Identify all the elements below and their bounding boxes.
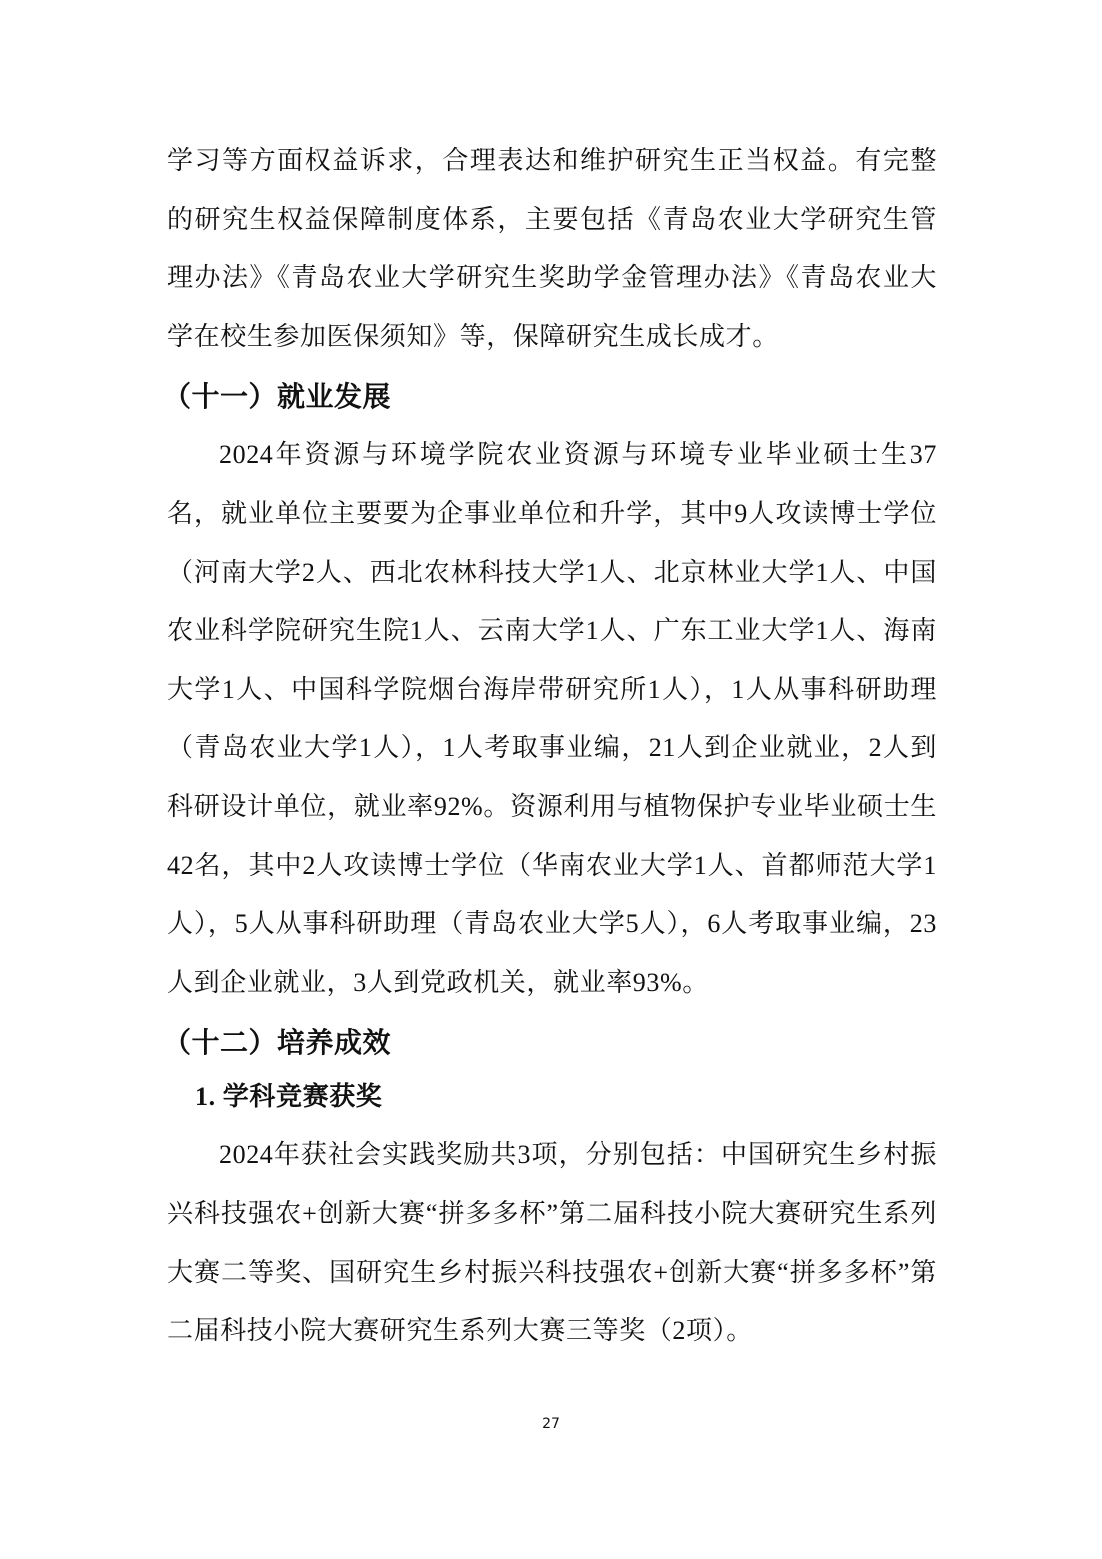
section-heading-training-outcomes: （十二）培养成效 [163,1014,937,1072]
document-page: 学习等方面权益诉求，合理表达和维护研究生正当权益。有完整的研究生权益保障制度体系… [167,132,937,1361]
page-number: 27 [0,1416,1102,1432]
awards-paragraph: 2024年获社会实践奖励共3项，分别包括：中国研究生乡村振兴科技强农+创新大赛“… [167,1126,937,1360]
subheading-competition-awards: 1. 学科竞赛获奖 [167,1072,937,1122]
rights-protection-paragraph: 学习等方面权益诉求，合理表达和维护研究生正当权益。有完整的研究生权益保障制度体系… [167,132,937,366]
employment-paragraph: 2024年资源与环境学院农业资源与环境专业毕业硕士生37名，就业单位主要要为企事… [167,426,937,1012]
section-heading-employment: （十一）就业发展 [163,368,937,426]
